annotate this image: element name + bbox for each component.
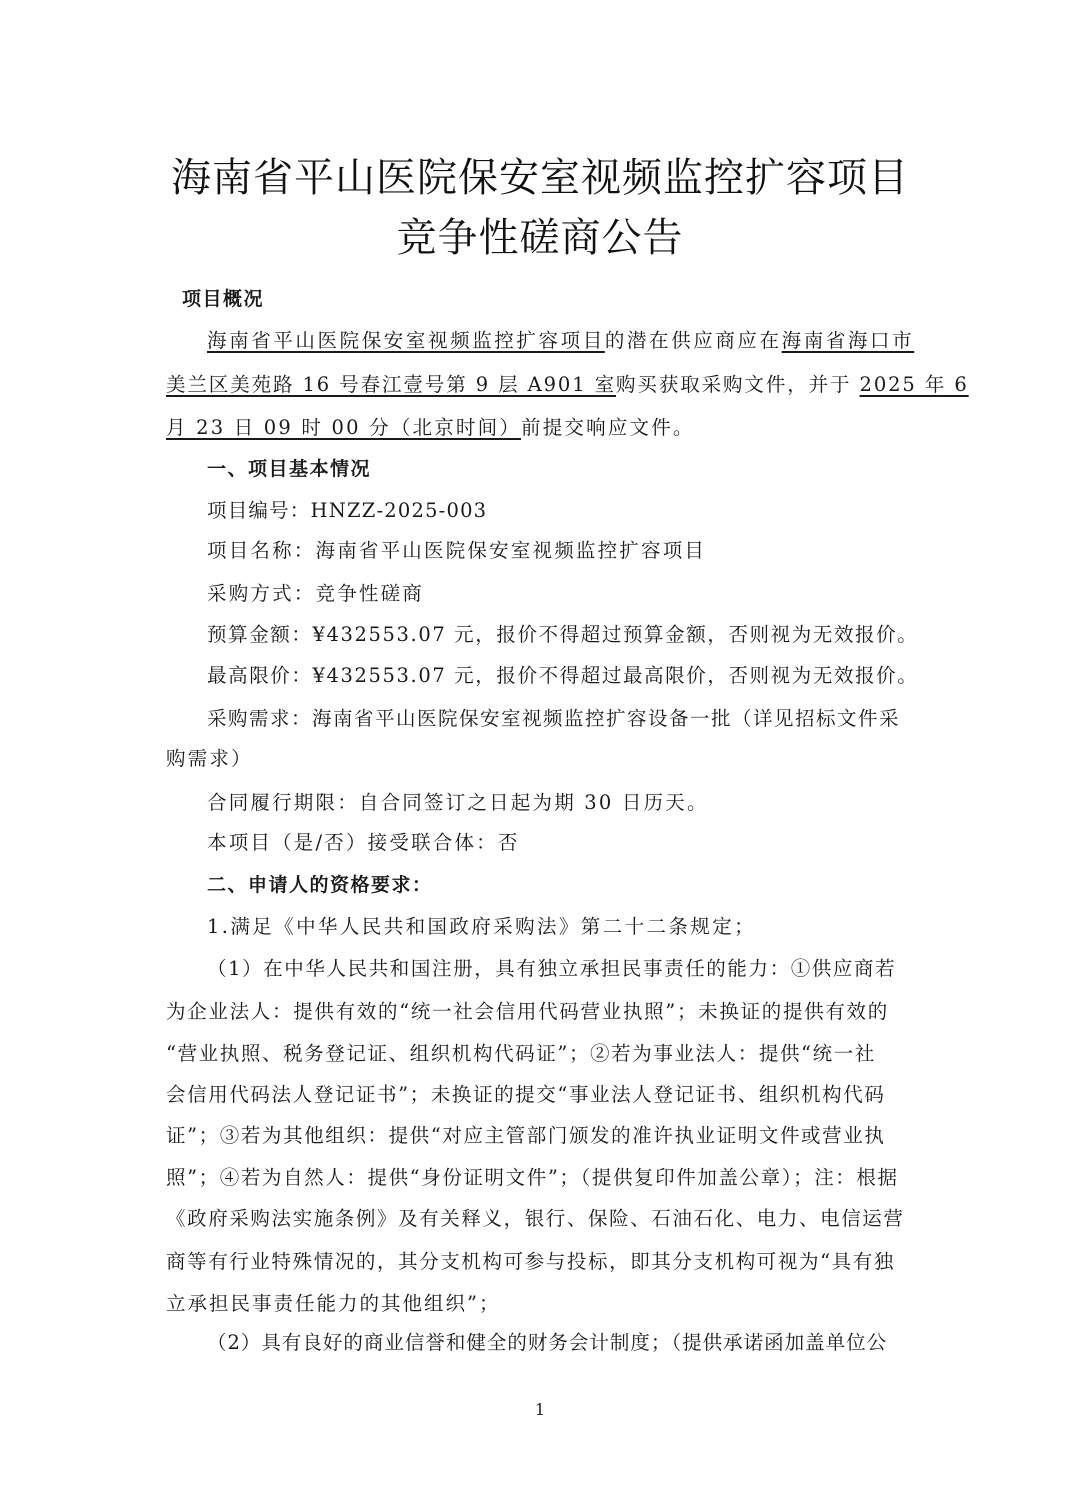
overview-text: 前提交响应文件。 <box>521 416 695 439</box>
contract-period: 合同履行期限：自合同签订之日起为期 30 日历天。 <box>207 789 952 817</box>
requirement-paragraph-1-line: 照”；④若为自然人：提供“身份证明文件”；（提供复印件加盖公章）；注：根据 <box>166 1164 911 1192</box>
procurement-demand-line2: 购需求） <box>166 745 911 773</box>
consortium-acceptance: 本项目（是/否）接受联合体：否 <box>207 829 952 857</box>
procurement-demand-line1: 采购需求：海南省平山医院保安室视频监控扩容设备一批（详见招标文件采 <box>207 705 952 733</box>
deadline-underlined-part1: 2025 年 6 <box>860 373 969 396</box>
requirement-paragraph-1-line: 会信用代码法人登记证书”；未换证的提交“事业法人登记证书、组织机构代码 <box>166 1081 911 1109</box>
requirement-paragraph-1-line: 《政府采购法实施条例》及有关释义，银行、保险、石油石化、电力、电信运营 <box>166 1205 911 1233</box>
project-number: 项目编号：HNZZ-2025-003 <box>207 497 952 525</box>
max-price: 最高限价：¥432553.07 元，报价不得超过最高限价，否则视为无效报价。 <box>207 662 952 690</box>
requirement-paragraph-1-line: 商等有行业特殊情况的，其分支机构可参与投标，即其分支机构可视为“具有独 <box>166 1248 911 1276</box>
overview-heading: 项目概况 <box>182 285 927 313</box>
overview-line-3: 月 23 日 09 时 00 分（北京时间）前提交响应文件。 <box>166 414 911 442</box>
requirement-item-1: 1.满足《中华人民共和国政府采购法》第二十二条规定； <box>207 913 952 941</box>
budget-amount: 预算金额：¥432553.07 元，报价不得超过预算金额，否则视为无效报价。 <box>207 621 952 649</box>
procurement-method: 采购方式：竞争性磋商 <box>207 580 952 608</box>
overview-text: 购买获取采购文件，并于 <box>616 373 860 396</box>
overview-text: 的潜在供应商应在 <box>605 329 782 352</box>
project-name-underlined: 海南省平山医院保安室视频监控扩容项目 <box>207 329 605 352</box>
requirement-paragraph-2-line: （2）具有良好的商业信誉和健全的财务会计制度；（提供承诺函加盖单位公 <box>207 1329 952 1357</box>
section2-heading: 二、申请人的资格要求： <box>207 871 952 899</box>
section1-heading: 一、项目基本情况 <box>207 455 952 483</box>
document-title-line1: 海南省平山医院保安室视频监控扩容项目 <box>0 146 1080 203</box>
overview-line-2: 美兰区美苑路 16 号春江壹号第 9 层 A901 室购买获取采购文件，并于 2… <box>166 371 911 399</box>
document-page: 海南省平山医院保安室视频监控扩容项目 竞争性磋商公告 项目概况 海南省平山医院保… <box>0 0 1080 1509</box>
requirement-paragraph-1-line: “营业执照、税务登记证、组织机构代码证”；②若为事业法人：提供“统一社 <box>166 1040 911 1068</box>
requirement-paragraph-1-line: （1）在中华人民共和国注册，具有独立承担民事责任的能力：①供应商若 <box>207 955 952 983</box>
project-name: 项目名称：海南省平山医院保安室视频监控扩容项目 <box>207 537 952 565</box>
page-number: 1 <box>0 1400 1080 1419</box>
requirement-paragraph-1-line: 为企业法人：提供有效的“统一社会信用代码营业执照”；未换证的提供有效的 <box>166 998 911 1026</box>
document-title-line2: 竞争性磋商公告 <box>0 206 1080 263</box>
overview-line-1: 海南省平山医院保安室视频监控扩容项目的潜在供应商应在海南省海口市 <box>207 327 952 355</box>
address-underlined-part2: 美兰区美苑路 16 号春江壹号第 9 层 A901 室 <box>166 373 616 396</box>
address-underlined-part1: 海南省海口市 <box>782 329 915 352</box>
requirement-paragraph-1-line: 立承担民事责任能力的其他组织”； <box>166 1290 911 1318</box>
requirement-paragraph-1-line: 证”；③若为其他组织：提供“对应主管部门颁发的准许执业证明文件或营业执 <box>166 1122 911 1150</box>
deadline-underlined-part2: 月 23 日 09 时 00 分（北京时间） <box>166 416 521 439</box>
